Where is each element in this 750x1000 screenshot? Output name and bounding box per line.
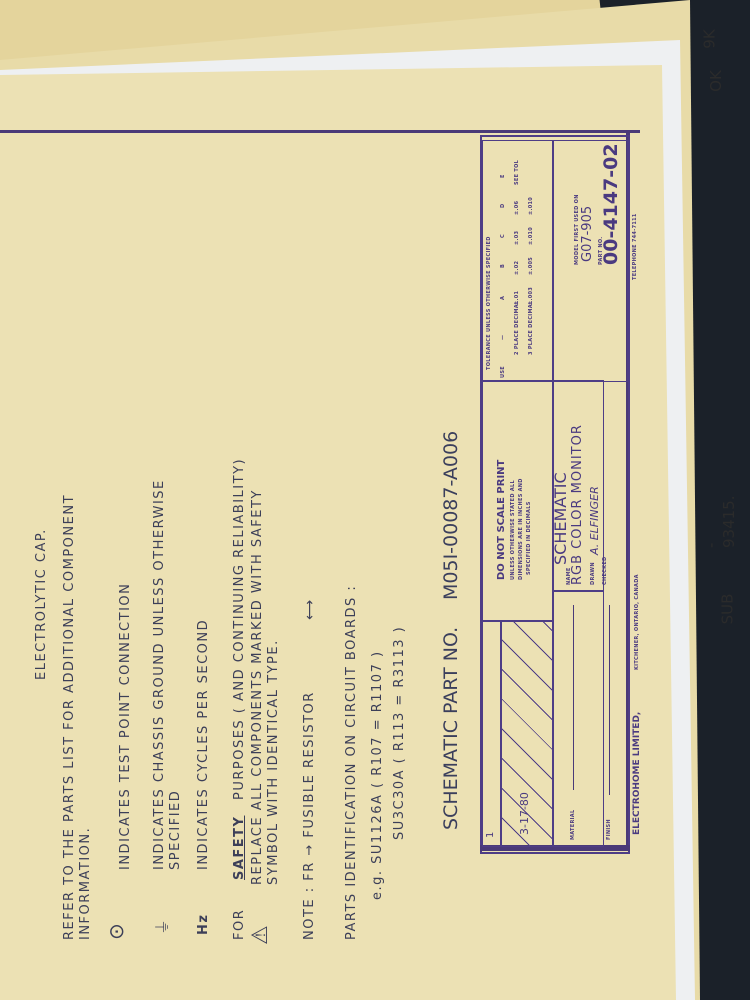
tolerance-col-c: C <box>500 234 506 238</box>
note-parts-id: PARTS IDENTIFICATION ON CIRCUIT BOARDS : <box>344 585 359 940</box>
tolerance-row2-label: 3 PLACE DECIMAL <box>528 301 534 355</box>
revision-number: 1 <box>485 832 496 838</box>
tolerance-col-b: B <box>500 264 506 268</box>
material-label: MATERIAL <box>570 810 576 840</box>
revision-column <box>482 620 502 847</box>
edge-fragment-9k: 9K <box>701 29 719 48</box>
do-not-scale: DO NOT SCALE PRINT <box>496 460 507 580</box>
model-number: G07-905 <box>580 206 595 262</box>
tolerance-col-a: A <box>500 296 506 300</box>
part-number: 00-4147-02 <box>600 143 622 265</box>
drawn-label: DRAWN <box>590 562 596 585</box>
dims-line3: SPECIFIED IN DECIMALS <box>526 501 532 575</box>
note-safety-line1: PURPOSES ( AND CONTINUING RELIABILITY) <box>232 458 247 800</box>
note-fusible-resistor: NOTE : FR → FUSIBLE RESISTOR <box>302 691 317 940</box>
tolerance-row2-b: ±.005 <box>528 257 534 275</box>
note-test-point: INDICATES TEST POINT CONNECTION <box>118 583 133 870</box>
finish-line <box>609 605 610 795</box>
tolerance-row1-e: SEE TOL <box>514 160 520 185</box>
drawing-title-2: RGB COLOR MONITOR <box>570 424 585 585</box>
material-line <box>573 605 574 790</box>
note-chassis-line2: SPECIFIED <box>168 790 183 870</box>
fusible-resistor-icon: ⟷ <box>302 600 318 620</box>
tolerance-col-d: D <box>500 204 506 208</box>
edge-fragment-number: - 93415. <box>702 488 738 548</box>
schematic-part-no: M05I-00087-A006 <box>440 431 462 600</box>
test-point-icon: ⊙ <box>104 923 128 940</box>
drawn-by: A. ELFINGER <box>588 486 601 555</box>
safety-warning-icon: ⚠ <box>248 925 273 945</box>
schematic-part-no-label: SCHEMATIC PART NO. <box>440 627 462 830</box>
company-location: KITCHENER, ONTARIO, CANADA <box>634 574 640 670</box>
note-safety-line3: SYMBOL WITH IDENTICAL TYPE. <box>266 639 281 885</box>
tolerance-col-dash: — <box>500 335 506 340</box>
tolerance-row1-c: ±.03 <box>514 231 520 245</box>
tolerance-row2-a: ±.003 <box>528 287 534 305</box>
note-safety-word: SAFETY <box>232 816 247 880</box>
dims-line2: DIMENSIONS ARE IN INCHES AND <box>518 478 524 580</box>
note-safety-prefix: FOR <box>232 909 247 940</box>
checked-label: CHECKED <box>602 557 608 585</box>
tolerance-row2-c: ±.010 <box>528 227 534 245</box>
telephone: TELEPHONE 744-7111 <box>632 213 638 280</box>
tolerance-col-use: USE <box>500 366 506 378</box>
tolerance-row1-label: 2 PLACE DECIMAL <box>514 301 520 355</box>
note-safety-line2: REPLACE ALL COMPONENTS MARKED WITH SAFET… <box>250 489 265 885</box>
note-example-1: e.g. SU1126A ( R107 = R1107 ) <box>370 650 385 900</box>
note-refer-line1: REFER TO THE PARTS LIST FOR ADDITIONAL C… <box>62 494 77 940</box>
company-name: ELECTROHOME LIMITED, <box>632 712 642 835</box>
tolerance-row1-d: ±.06 <box>514 201 520 215</box>
edge-fragment-ok: OK <box>707 70 725 92</box>
edge-fragment-sub: SUB <box>718 594 736 625</box>
note-hz: INDICATES CYCLES PER SECOND <box>196 619 211 870</box>
tolerance-header: TOLERANCE UNLESS OTHERWISE SPECIFIED <box>486 236 492 370</box>
note-chassis-line1: INDICATES CHASSIS GROUND UNLESS OTHERWIS… <box>152 479 167 870</box>
material-finish-box <box>552 590 604 847</box>
tolerance-row2-d: ±.010 <box>528 197 534 215</box>
note-refer-line2: INFORMATION. <box>78 827 93 940</box>
tolerance-row1-a: ±.01 <box>514 291 520 305</box>
dims-line1: UNLESS OTHERWISE STATED ALL <box>510 480 516 580</box>
tolerance-col-e: E <box>500 174 506 178</box>
tolerance-row1-b: ±.02 <box>514 261 520 275</box>
sheet-border-top <box>0 130 640 133</box>
note-electrolytic: ELECTROLYTIC CAP. <box>34 528 49 680</box>
finish-label: FINISH <box>606 819 612 840</box>
chassis-ground-icon: ⏚ <box>150 919 173 935</box>
revision-date: 3-17-80 <box>518 792 531 835</box>
note-example-2: SU3C30A ( R113 = R3113 ) <box>392 626 407 840</box>
drawing-title-1: SCHEMATIC <box>551 472 570 565</box>
hz-symbol: Hz <box>196 914 211 935</box>
